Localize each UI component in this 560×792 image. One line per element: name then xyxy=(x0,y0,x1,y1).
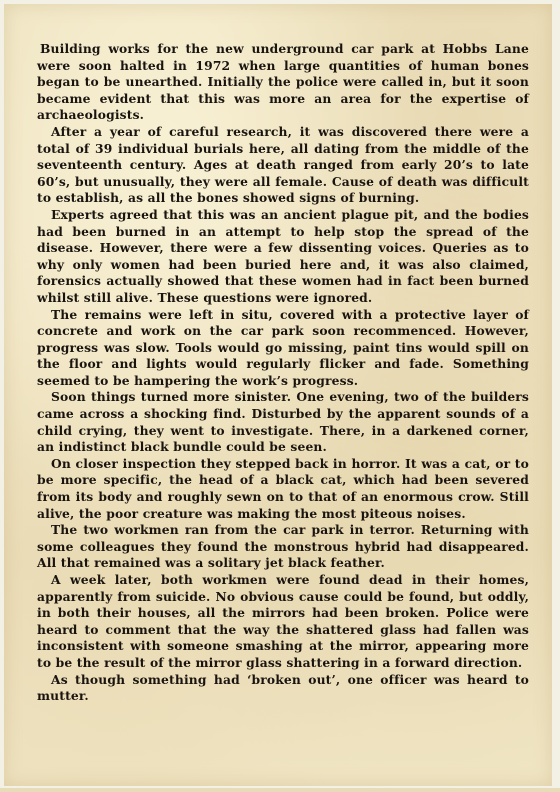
story-text: Building works for the new underground c… xyxy=(37,41,529,705)
paragraph-3: Experts agreed that this was an ancient … xyxy=(37,207,529,307)
paragraph-5: Soon things turned more sinister. One ev… xyxy=(37,389,529,455)
paragraph-8: A week later, both workmen were found de… xyxy=(37,572,529,672)
page-bottom-edge xyxy=(0,788,560,792)
paragraph-4: The remains were left in situ, covered w… xyxy=(37,307,529,390)
paragraph-1: Building works for the new underground c… xyxy=(37,41,529,124)
paragraph-9: As though something had ‘broken out’, on… xyxy=(37,672,529,705)
paragraph-7: The two workmen ran from the car park in… xyxy=(37,522,529,572)
paragraph-6: On closer inspection they stepped back i… xyxy=(37,456,529,522)
aged-paper-page: Building works for the new underground c… xyxy=(4,4,552,786)
paragraph-2: After a year of careful research, it was… xyxy=(37,124,529,207)
